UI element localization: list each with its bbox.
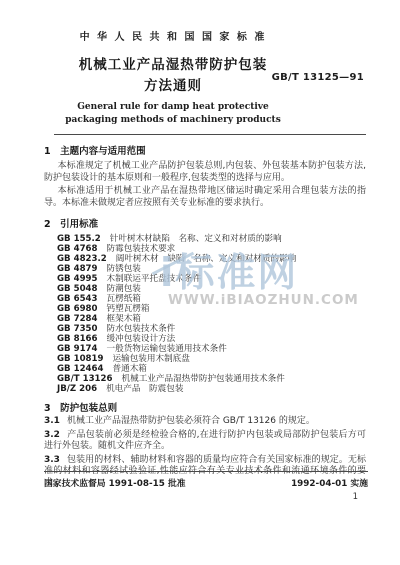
reference-item: GB 12464普通木箱 bbox=[57, 364, 366, 374]
clause-number: 3.1 bbox=[44, 416, 60, 426]
approval-info: 国家技术监督局 1991-08-15 批准 bbox=[44, 476, 186, 489]
section-2-heading: 2 引用标准 bbox=[44, 216, 366, 230]
clause-text: 机械工业产品湿热带防护包装必须符合 GB/T 13126 的规定。 bbox=[67, 416, 315, 426]
reference-title: 一般货物运输包装通用技术条件 bbox=[107, 344, 227, 354]
standard-code-number: GB/T 13125—91 bbox=[272, 72, 364, 83]
section-1-heading: 1 主题内容与适用范围 bbox=[44, 143, 366, 157]
reference-code: GB 9174 bbox=[57, 344, 98, 354]
clause-3-1: 3.1机械工业产品湿热带防护包装必须符合 GB/T 13126 的规定。 bbox=[44, 416, 366, 428]
watermark-logo-text: i标准网 bbox=[160, 242, 298, 298]
page-number: 1 bbox=[353, 492, 358, 502]
reference-code: GB 4768 bbox=[57, 244, 98, 254]
reference-title: 普通木箱 bbox=[113, 364, 147, 374]
header-divider bbox=[54, 134, 366, 135]
section-1-paragraph: 本标准规定了机械工业产品防护包装总则,内包装、外包装基本防护包装方法,防护包装设… bbox=[44, 161, 366, 184]
reference-item: GB 9174一般货物运输包装通用技术条件 bbox=[57, 344, 366, 354]
reference-item: GB 10819运输包装用木制底盘 bbox=[57, 354, 366, 364]
section-3-heading: 3 防护包装总则 bbox=[44, 400, 366, 414]
clause-number: 3.2 bbox=[44, 430, 60, 440]
section-1-paragraph: 本标准适用于机械工业产品在湿热带地区储运时确定采用合理包装方法的指导。本标准未做… bbox=[44, 186, 366, 209]
national-standard-label: 中 华 人 民 共 和 国 国 家 标 准 bbox=[44, 28, 302, 43]
reference-code: JB/Z 206 bbox=[57, 384, 97, 394]
title-en-line2: packaging methods of machinery products bbox=[44, 114, 302, 127]
reference-title: 运输包装用木制底盘 bbox=[113, 354, 190, 364]
reference-title: 机电产品 防震包装 bbox=[106, 384, 183, 394]
reference-code: GB 4823.2 bbox=[57, 254, 107, 264]
title-zh-line1: 机械工业产品湿热带防护包装 bbox=[44, 55, 302, 76]
title-zh-line2: 方法通则 bbox=[44, 76, 302, 97]
reference-title: 防锈包装 bbox=[107, 264, 141, 274]
reference-item: GB 7284框架木箱 bbox=[57, 314, 366, 324]
reference-code: GB 12464 bbox=[57, 364, 104, 374]
section-scope: 1 主题内容与适用范围 本标准规定了机械工业产品防护包装总则,内包装、外包装基本… bbox=[44, 143, 366, 209]
standard-header: 中 华 人 民 共 和 国 国 家 标 准 机械工业产品湿热带防护包装 方法通则… bbox=[44, 28, 366, 126]
watermark-url-text: WWW.iBIAOZHUN.COM bbox=[168, 292, 359, 308]
reference-title: 防水包装技术条件 bbox=[107, 324, 176, 334]
reference-title: 缓冲包装设计方法 bbox=[107, 334, 176, 344]
reference-code: GB 4995 bbox=[57, 274, 98, 284]
reference-code: GB/T 13126 bbox=[57, 374, 113, 384]
reference-code: GB 5048 bbox=[57, 284, 98, 294]
reference-title: 钙塑瓦楞箱 bbox=[107, 304, 150, 314]
clause-3-2: 3.2产品包装前必须是经检验合格的,在进行防护内包装或局部防护包装后方可进行外包… bbox=[44, 430, 366, 453]
reference-code: GB 4879 bbox=[57, 264, 98, 274]
reference-code: GB 155.2 bbox=[57, 234, 101, 244]
reference-code: GB 7284 bbox=[57, 314, 98, 324]
document-title-zh: 机械工业产品湿热带防护包装 方法通则 bbox=[44, 55, 302, 97]
document-footer: 国家技术监督局 1991-08-15 批准 1992-04-01 实施 bbox=[44, 471, 368, 489]
document-title-en: General rule for damp heat protective pa… bbox=[44, 101, 302, 126]
title-en-line1: General rule for damp heat protective bbox=[44, 101, 302, 114]
reference-code: GB 10819 bbox=[57, 354, 104, 364]
reference-code: GB 8166 bbox=[57, 334, 98, 344]
reference-title: 瓦楞纸箱 bbox=[107, 294, 141, 304]
clause-text: 产品包装前必须是经检验合格的,在进行防护内包装或局部防护包装后方可进行外包装。随… bbox=[44, 430, 366, 452]
reference-title: 机械工业产品湿热带防护包装通用技术条件 bbox=[122, 374, 285, 384]
reference-item: GB/T 13126机械工业产品湿热带防护包装通用技术条件 bbox=[57, 374, 366, 384]
reference-item: JB/Z 206机电产品 防震包装 bbox=[57, 384, 366, 394]
reference-code: GB 6543 bbox=[57, 294, 98, 304]
reference-item: GB 7350防水包装技术条件 bbox=[57, 324, 366, 334]
reference-item: GB 8166缓冲包装设计方法 bbox=[57, 334, 366, 344]
reference-code: GB 7350 bbox=[57, 324, 98, 334]
reference-title: 防潮包装 bbox=[107, 284, 141, 294]
reference-code: GB 6980 bbox=[57, 304, 98, 314]
reference-title: 框架木箱 bbox=[107, 314, 141, 324]
implementation-date: 1992-04-01 实施 bbox=[291, 476, 368, 489]
clause-number: 3.3 bbox=[44, 455, 60, 465]
